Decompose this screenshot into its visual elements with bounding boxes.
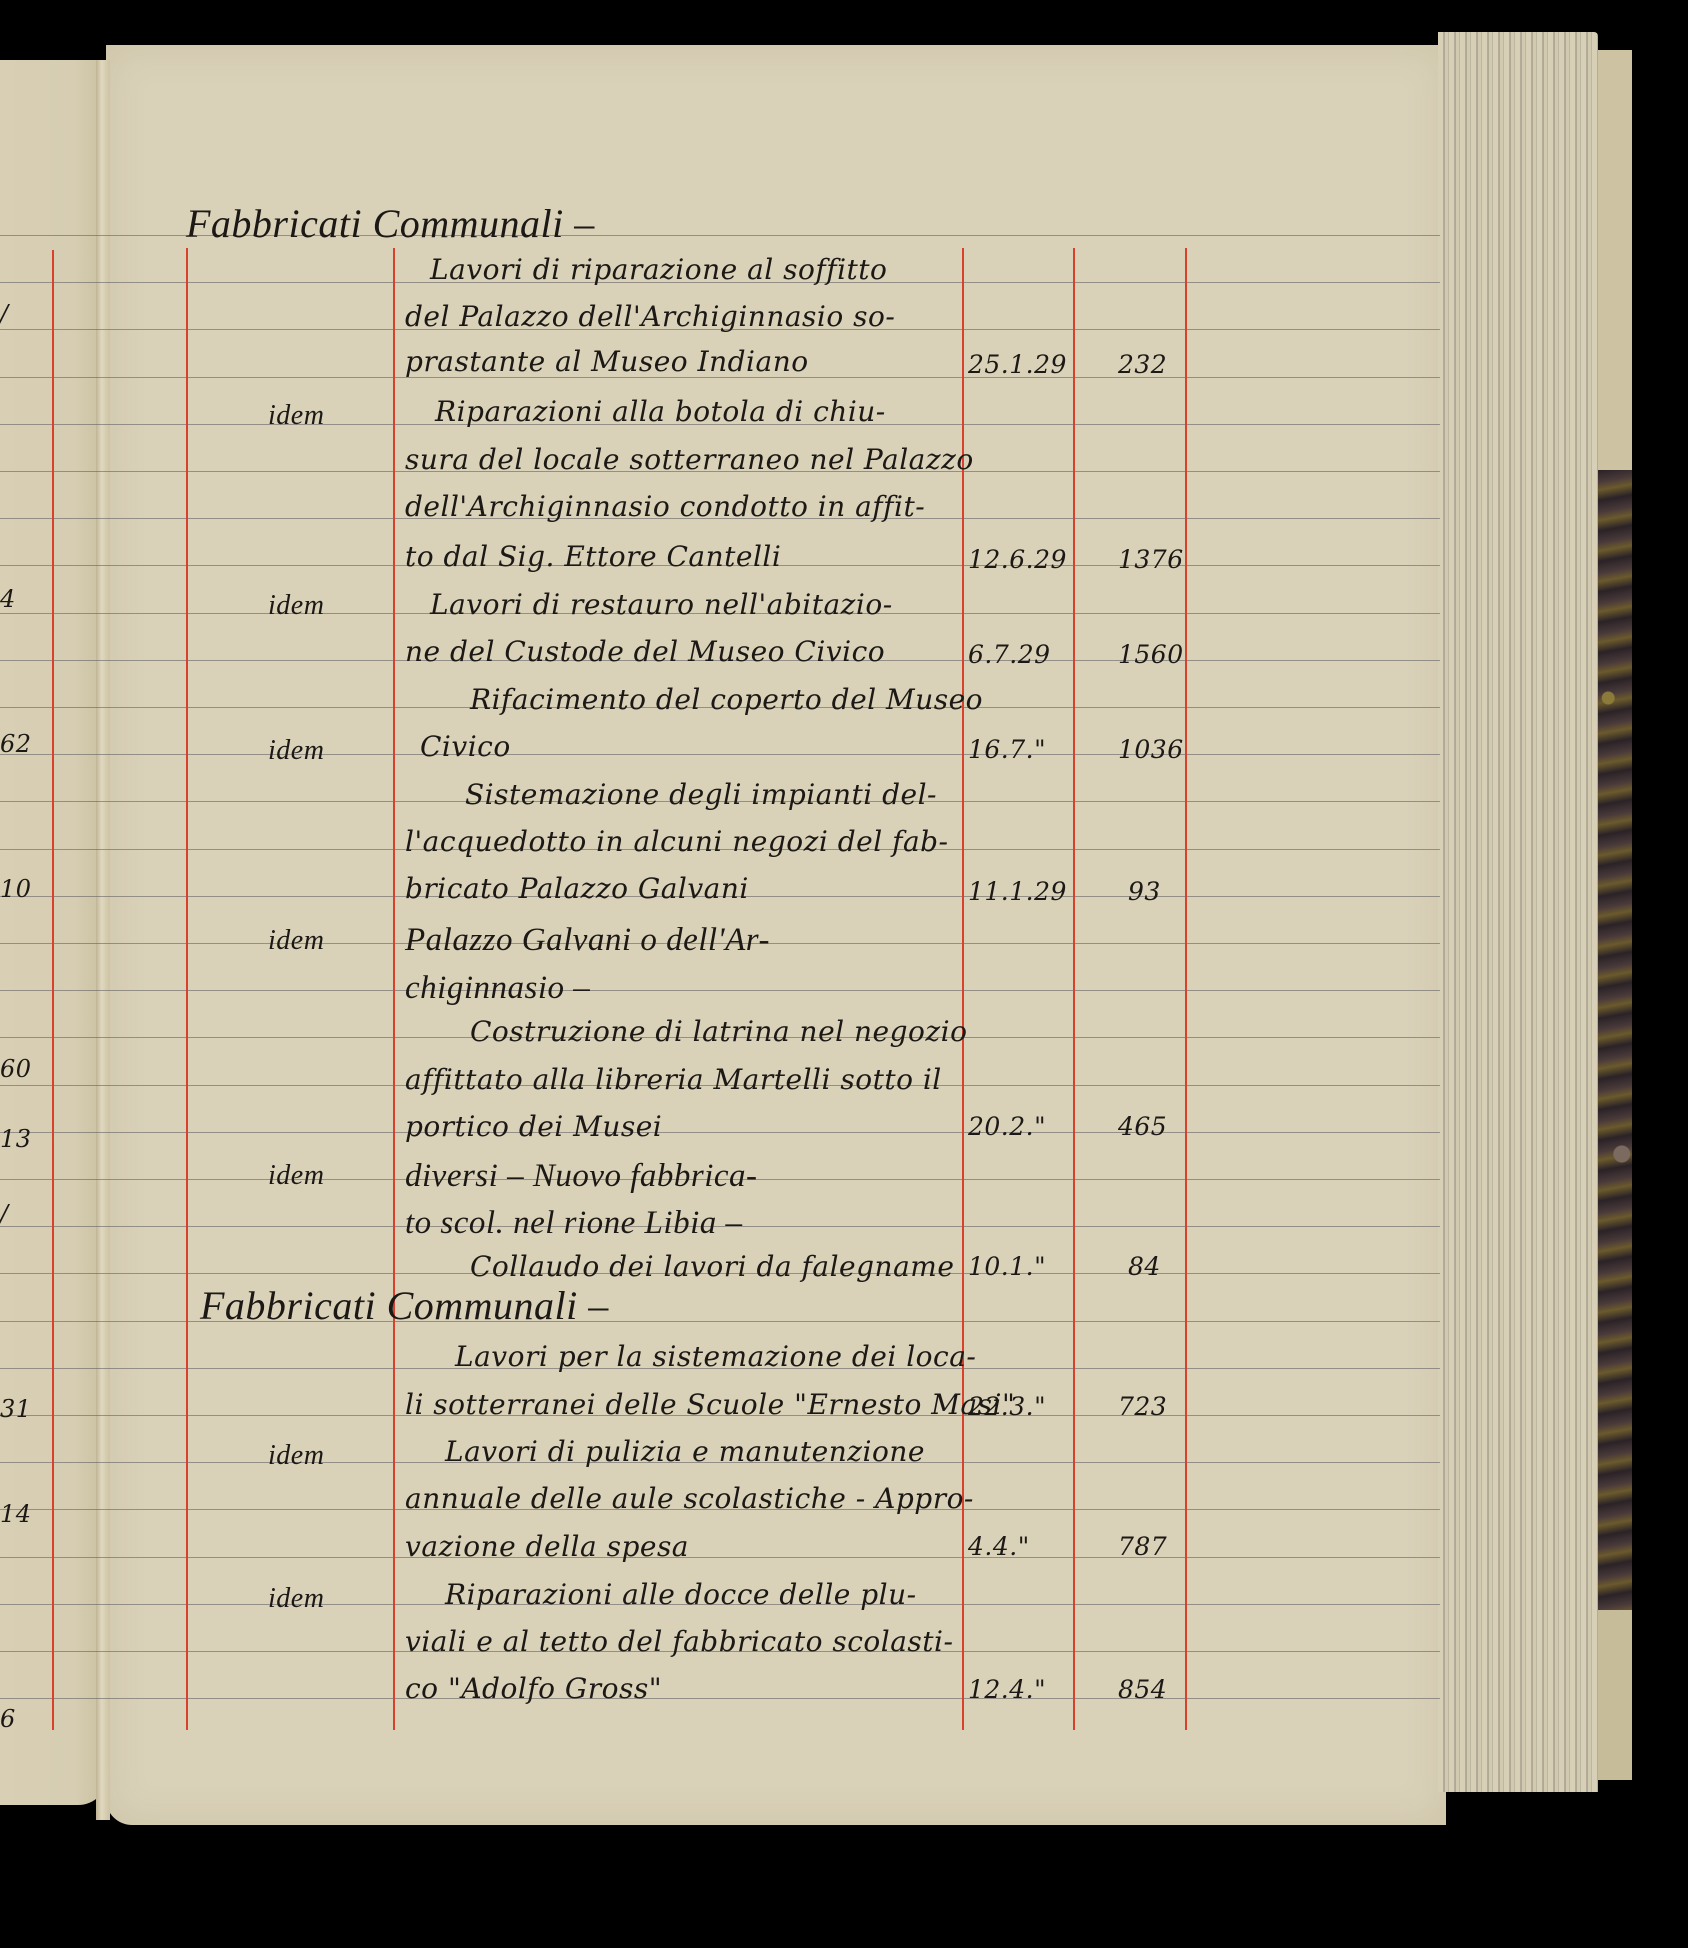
idem-marker: idem	[268, 1160, 324, 1192]
column-rule-2	[393, 248, 395, 1730]
entry-amount: 723	[1118, 1392, 1167, 1421]
ruled-line	[0, 754, 1440, 755]
entry-amount: 1560	[1118, 640, 1184, 669]
entry-line: li sotterranei delle Scuole "Ernesto Mas…	[405, 1388, 1015, 1421]
left-fragment: 6	[0, 1705, 16, 1733]
entry-line: diversi – Nuovo fabbrica-	[405, 1158, 758, 1195]
idem-marker: idem	[268, 400, 324, 432]
entry-line: Lavori di restauro nell'abitazio-	[430, 588, 893, 621]
entry-line: chiginnasio –	[405, 970, 590, 1007]
entry-line: Riparazioni alla botola di chiu-	[435, 395, 886, 428]
left-fragment: 60	[0, 1055, 32, 1083]
ruled-line	[0, 990, 1440, 991]
left-fragment: 31	[0, 1395, 32, 1423]
entry-line: annuale delle aule scolastiche - Appro-	[405, 1482, 974, 1515]
left-fragment: 14	[0, 1500, 32, 1528]
idem-marker: idem	[268, 590, 324, 622]
left-fragment: 13	[0, 1125, 32, 1153]
entry-amount: 465	[1118, 1112, 1167, 1141]
entry-date: 22.3."	[968, 1392, 1046, 1421]
cover-marbled-board	[1598, 470, 1632, 1610]
entry-amount: 1036	[1118, 735, 1184, 764]
entry-amount: 854	[1118, 1675, 1167, 1704]
entry-line: Sistemazione degli impianti del-	[465, 778, 937, 811]
idem-marker: idem	[268, 925, 324, 957]
entry-line: Palazzo Galvani o dell'Ar-	[405, 922, 770, 959]
entry-line: Lavori per la sistemazione dei loca-	[455, 1340, 976, 1373]
entry-date: 25.1.29	[968, 350, 1067, 379]
left-fragment: 62	[0, 730, 32, 758]
entry-amount: 84	[1128, 1252, 1161, 1281]
section-heading: Fabbricati Communali –	[200, 1282, 609, 1329]
column-rule-1	[186, 248, 188, 1730]
entry-line: ne del Custode del Museo Civico	[405, 635, 885, 668]
idem-marker: idem	[268, 735, 324, 767]
entry-line: to scol. nel rione Libia –	[405, 1205, 743, 1242]
entry-line: Lavori di pulizia e manutenzione	[445, 1435, 925, 1468]
entry-date: 12.4."	[968, 1675, 1046, 1704]
ruled-line	[0, 1698, 1440, 1699]
entry-line: bricato Palazzo Galvani	[405, 872, 749, 905]
section-heading: Fabbricati Communali –	[186, 200, 595, 247]
column-rule-4	[1073, 248, 1075, 1730]
entry-line: Civico	[420, 730, 511, 763]
entry-amount: 93	[1128, 877, 1161, 906]
column-rule-5	[1185, 248, 1187, 1730]
cover-parchment-top	[1598, 50, 1632, 470]
left-fragment: /	[0, 300, 9, 328]
idem-marker: idem	[268, 1440, 324, 1472]
book-gutter	[96, 60, 110, 1820]
entry-line: Rifacimento del coperto del Museo	[470, 683, 983, 716]
entry-date: 10.1."	[968, 1252, 1046, 1281]
ruled-line	[0, 1557, 1440, 1558]
entry-date: 6.7.29	[968, 640, 1051, 669]
left-page	[0, 60, 108, 1805]
entry-date: 4.4."	[968, 1532, 1030, 1561]
entry-line: Lavori di riparazione al soffitto	[430, 253, 887, 286]
entry-line: portico dei Musei	[405, 1110, 662, 1143]
entry-line: co "Adolfo Gross"	[405, 1672, 662, 1705]
entry-line: to dal Sig. Ettore Cantelli	[405, 540, 781, 573]
entry-line: del Palazzo dell'Archiginnasio so-	[405, 300, 895, 333]
entry-line: l'acquedotto in alcuni negozi del fab-	[405, 825, 949, 858]
entry-line: sura del locale sotterraneo nel Palazzo	[405, 443, 974, 476]
entry-line: vazione della spesa	[405, 1530, 689, 1563]
entry-line: prastante al Museo Indiano	[405, 345, 809, 378]
entry-line: Collaudo dei lavori da falegname	[470, 1250, 954, 1283]
idem-marker: idem	[268, 1583, 324, 1615]
entry-line: Riparazioni alle docce delle plu-	[445, 1578, 917, 1611]
entry-amount: 232	[1118, 350, 1167, 379]
left-fragment: 4	[0, 585, 16, 613]
cover-parchment-bottom	[1598, 1610, 1632, 1780]
entry-date: 12.6.29	[968, 545, 1067, 574]
entry-line: affittato alla libreria Martelli sotto i…	[405, 1063, 942, 1096]
left-fragment: 10	[0, 875, 32, 903]
entry-line: Costruzione di latrina nel negozio	[470, 1015, 967, 1048]
left-page-column-rule	[52, 250, 54, 1730]
ruled-line	[0, 1132, 1440, 1133]
entry-line: viali e al tetto del fabbricato scolasti…	[405, 1625, 953, 1658]
entry-date: 11.1.29	[968, 877, 1067, 906]
entry-date: 16.7."	[968, 735, 1046, 764]
entry-line: dell'Archiginnasio condotto in affit-	[405, 490, 925, 523]
left-fragment: /	[0, 1200, 9, 1228]
page-edges-stack	[1438, 32, 1598, 1792]
entry-date: 20.2."	[968, 1112, 1046, 1141]
entry-amount: 1376	[1118, 545, 1184, 574]
entry-amount: 787	[1118, 1532, 1167, 1561]
